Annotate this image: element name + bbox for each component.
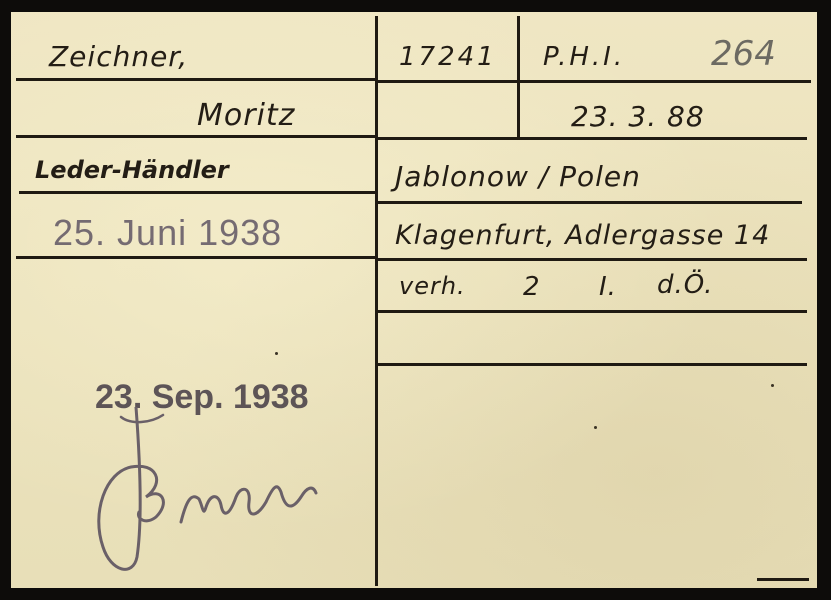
column-divider bbox=[375, 16, 378, 586]
rule-right-3 bbox=[377, 201, 802, 204]
status-count: 2 bbox=[523, 272, 541, 302]
paper-speck bbox=[275, 352, 278, 355]
code: P.H.I. bbox=[543, 42, 625, 72]
occupation: Leder-Händler bbox=[35, 156, 229, 184]
rule-right-4 bbox=[377, 258, 807, 261]
signature bbox=[91, 407, 351, 577]
birthplace: Jablonow / Polen bbox=[395, 160, 641, 193]
paper-speck bbox=[771, 384, 774, 387]
status-marital: verh. bbox=[399, 272, 466, 300]
birth-date: 23. 3. 88 bbox=[571, 100, 705, 133]
rule-left-3 bbox=[19, 191, 376, 194]
paper-speck bbox=[594, 426, 597, 429]
rule-right-5 bbox=[377, 310, 807, 313]
cell-divider bbox=[517, 16, 520, 139]
rule-left-2 bbox=[16, 135, 376, 138]
status-religion: I. bbox=[599, 272, 617, 302]
surname: Zeichner, bbox=[49, 40, 188, 73]
rule-right-6 bbox=[377, 363, 807, 366]
rule-left-4 bbox=[16, 256, 376, 259]
rule-right-2 bbox=[377, 137, 807, 140]
rule-left-1 bbox=[16, 78, 376, 81]
edge-mark bbox=[757, 578, 809, 581]
registration-number: 17241 bbox=[399, 42, 497, 72]
stamp-date-june: 25. Juni 1938 bbox=[53, 212, 282, 254]
address: Klagenfurt, Adlergasse 14 bbox=[395, 220, 770, 251]
pencil-note: 264 bbox=[711, 34, 776, 74]
rule-right-1 bbox=[377, 80, 811, 83]
status-nationality: d.Ö. bbox=[657, 270, 713, 300]
index-card: Zeichner, Moritz Leder-Händler 25. Juni … bbox=[11, 12, 817, 588]
given-name: Moritz bbox=[197, 98, 295, 133]
